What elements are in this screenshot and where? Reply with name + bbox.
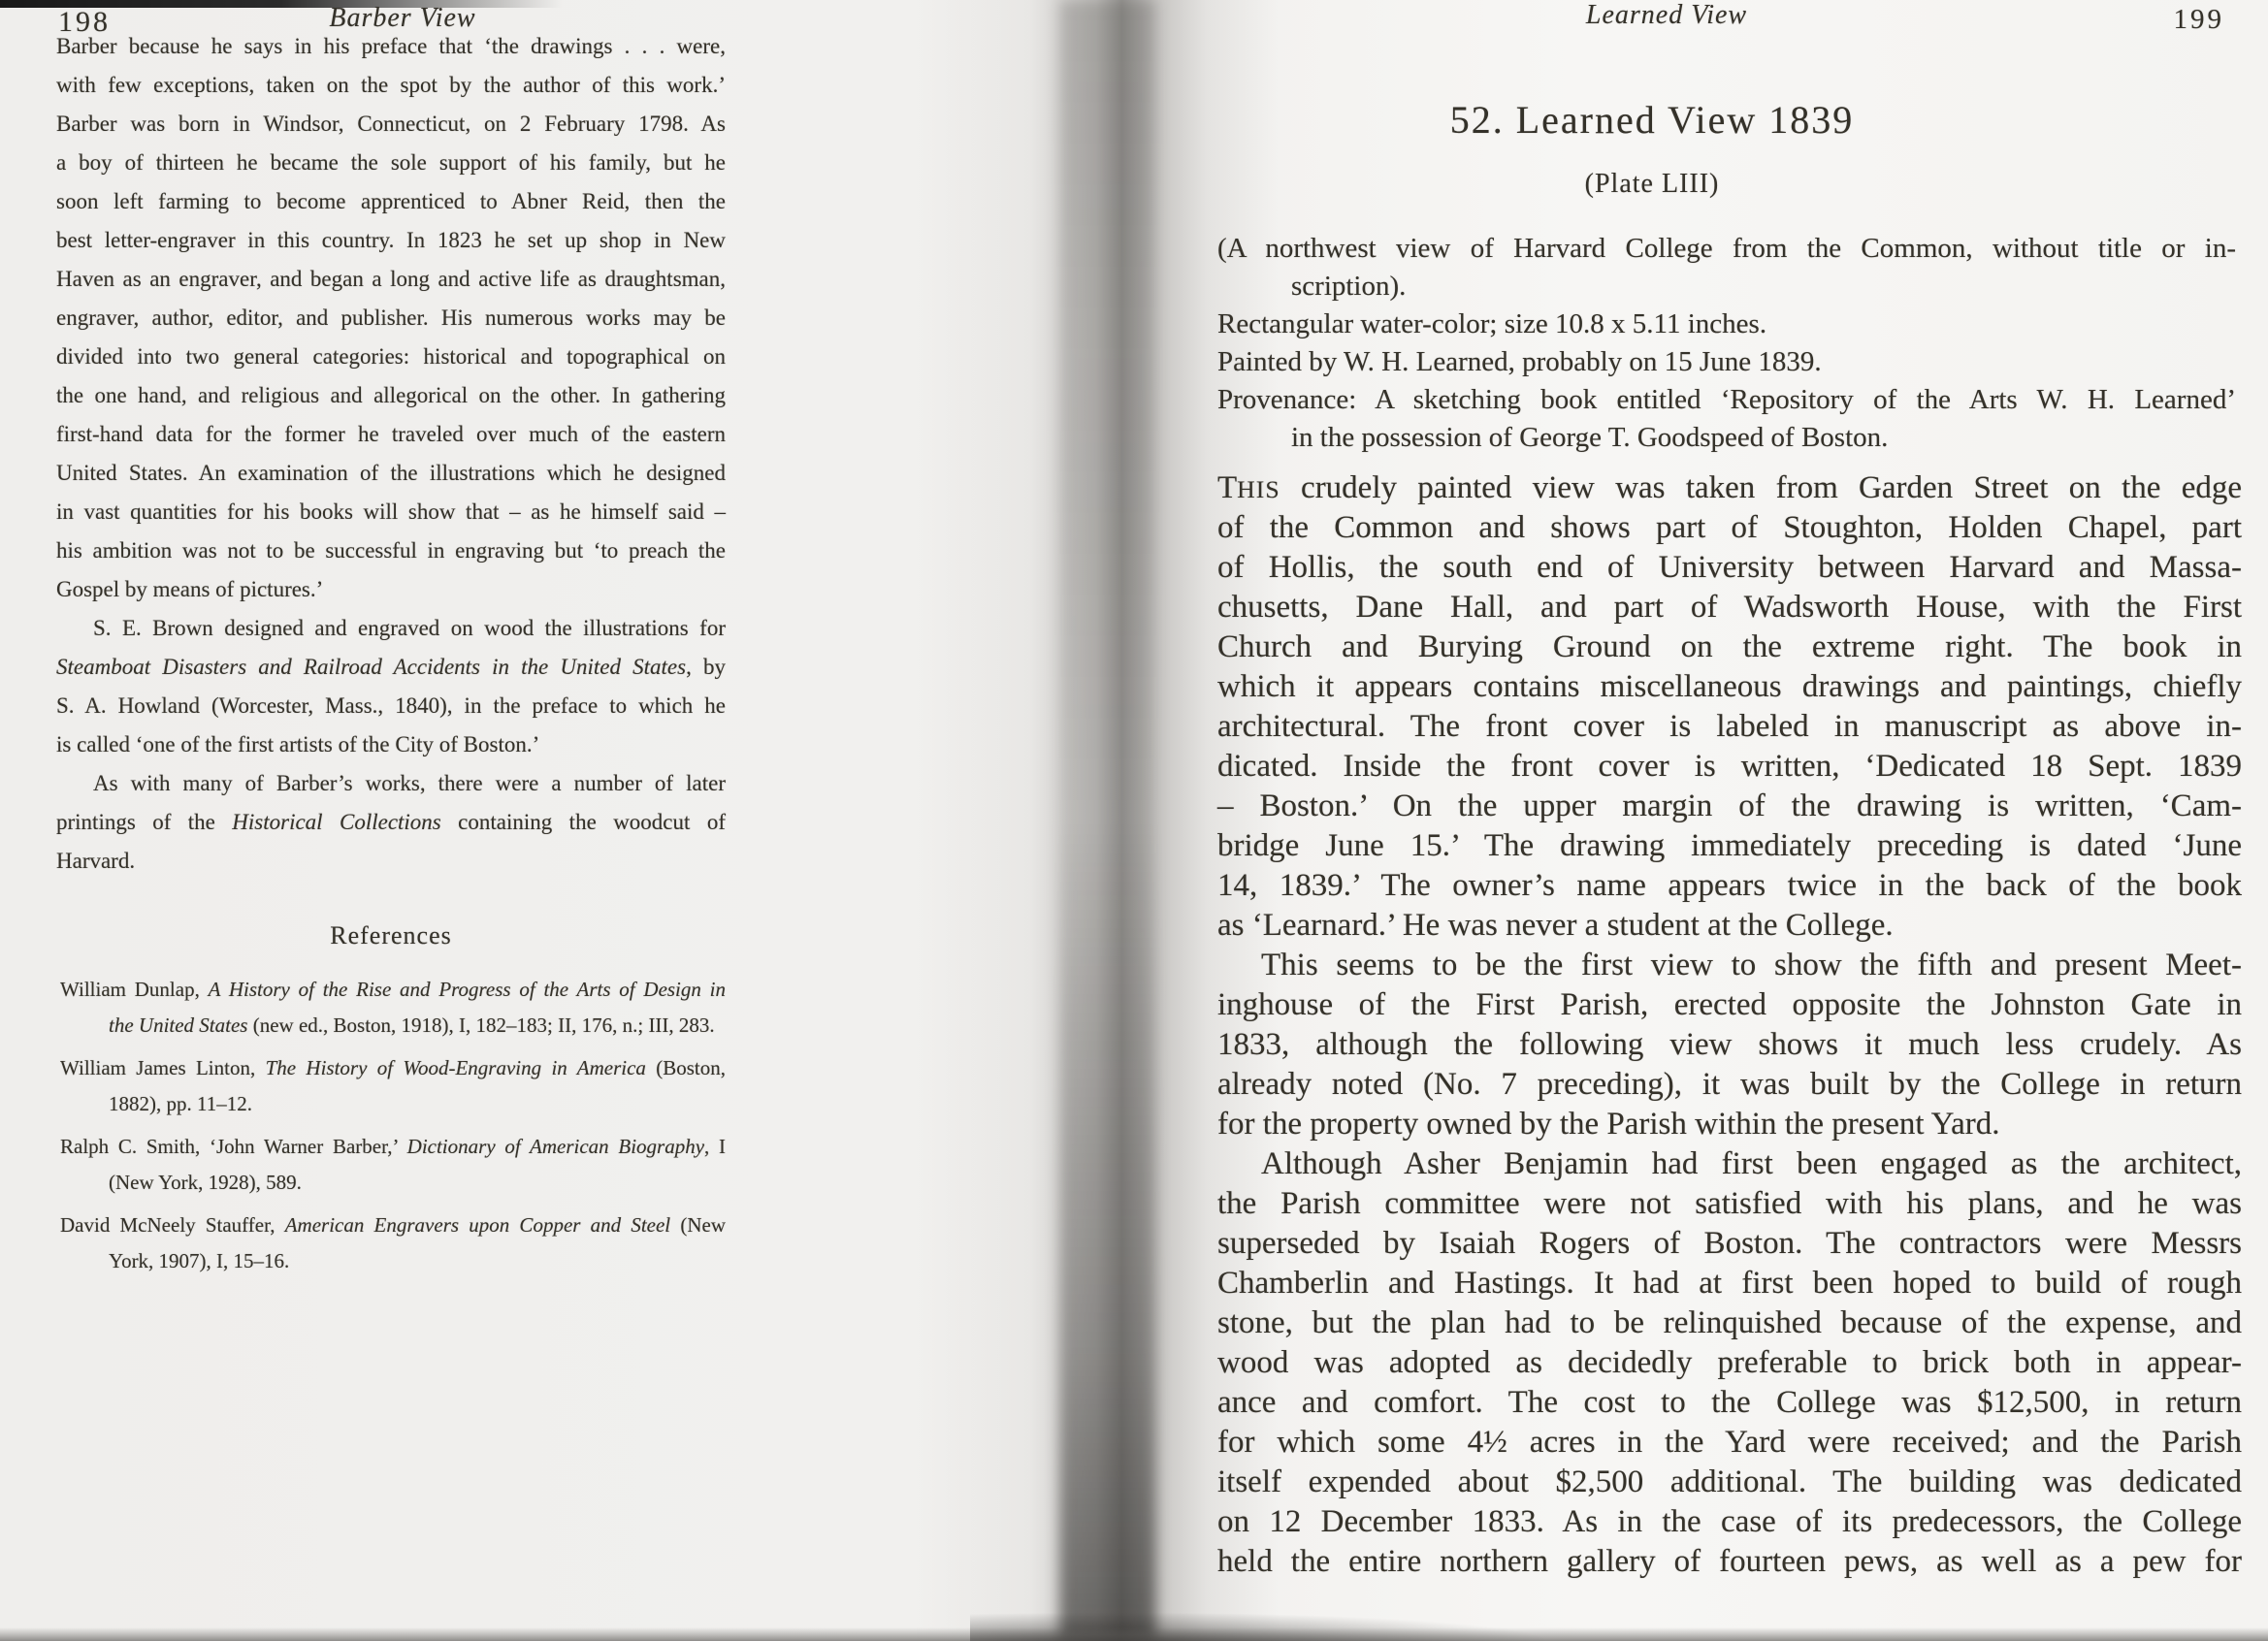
text-line: ance and comfort. The cost to the Colleg…	[1217, 1383, 2242, 1423]
text-line: with few exceptions, taken on the spot b…	[56, 66, 726, 105]
text-line: Barber was born in Windsor, Connecticut,…	[56, 105, 726, 144]
book-scan-spread: 198 Barber View Barber because he says i…	[0, 0, 2268, 1641]
text-line: This seems to be the first view to show …	[1217, 946, 2242, 985]
text-line: As with many of Barber’s works, there we…	[56, 764, 726, 803]
text-line: as ‘Learnard.’ He was never a student at…	[1217, 906, 2242, 946]
text-line: printings of the Historical Collections …	[56, 803, 726, 842]
text-line: his ambition was not to be successful in…	[56, 531, 726, 570]
text-line: engraver, author, editor, and publisher.…	[56, 299, 726, 338]
text-line: held the entire northern gallery of four…	[1217, 1542, 2242, 1582]
text-line: wood was adopted as decidedly preferable…	[1217, 1343, 2242, 1383]
reference-line: Ralph C. Smith, ‘John Warner Barber,’ Di…	[60, 1129, 726, 1165]
text-line: is called ‘one of the first artists of t…	[56, 725, 726, 764]
text-line: inghouse of the First Parish, erected op…	[1217, 985, 2242, 1025]
text-line: which it appears contains miscellaneous …	[1217, 667, 2242, 707]
running-head-right: Learned View	[1497, 0, 1836, 31]
reference-line: William James Linton, The History of Woo…	[60, 1050, 726, 1086]
text-line: superseded by Isaiah Rogers of Boston. T…	[1217, 1224, 2242, 1264]
text-line: Church and Burying Ground on the extreme…	[1217, 627, 2242, 667]
text-line: first-hand data for the former he travel…	[56, 415, 726, 454]
text-line: a boy of thirteen he became the sole sup…	[56, 144, 726, 182]
text-line: divided into two general categories: his…	[56, 338, 726, 376]
reference-line: (New York, 1928), 589.	[60, 1165, 726, 1201]
metadata-line: Rectangular water-color; size 10.8 x 5.1…	[1217, 306, 2236, 343]
references-heading: References	[56, 921, 726, 950]
reference-line: York, 1907), I, 15–16.	[60, 1243, 726, 1279]
gutter-shadow-core	[1059, 0, 1156, 1641]
text-line: Steamboat Disasters and Railroad Acciden…	[56, 648, 726, 687]
text-line: Although Asher Benjamin had first been e…	[1217, 1144, 2242, 1184]
right-body-text: THIS crudely painted view was taken from…	[1217, 468, 2242, 1582]
references-list: William Dunlap, A History of the Rise an…	[60, 972, 726, 1279]
reference-line: 1882), pp. 11–12.	[60, 1086, 726, 1122]
text-line: – Boston.’ On the upper margin of the dr…	[1217, 787, 2242, 826]
left-body-text: Barber because he says in his preface th…	[56, 27, 726, 881]
page-199: Learned View 199 52. Learned View 1839 (…	[1215, 0, 2242, 1641]
text-line: of Hollis, the south end of University b…	[1217, 548, 2242, 588]
text-line: for the property owned by the Parish wit…	[1217, 1105, 2242, 1144]
text-line: chusetts, Dane Hall, and part of Wadswor…	[1217, 588, 2242, 627]
text-line: Harvard.	[56, 842, 726, 881]
text-line: itself expended about $2,500 additional.…	[1217, 1463, 2242, 1502]
reference-line: William Dunlap, A History of the Rise an…	[60, 972, 726, 1008]
text-line: the Parish committee were not satisfied …	[1217, 1184, 2242, 1224]
text-line: on 12 December 1833. As in the case of i…	[1217, 1502, 2242, 1542]
scan-bottom-shadow	[970, 1612, 1552, 1641]
text-line: soon left farming to become apprenticed …	[56, 182, 726, 221]
text-line: of the Common and shows part of Stoughto…	[1217, 508, 2242, 548]
metadata-line: (A northwest view of Harvard College fro…	[1217, 230, 2236, 268]
metadata-line: Painted by W. H. Learned, probably on 15…	[1217, 343, 2236, 381]
text-line: Gospel by means of pictures.’	[56, 570, 726, 609]
text-line: 14, 1839.’ The owner’s name appears twic…	[1217, 866, 2242, 906]
text-line: dicated. Inside the front cover is writt…	[1217, 747, 2242, 787]
text-line: the one hand, and religious and allegori…	[56, 376, 726, 415]
text-line: best letter-engraver in this country. In…	[56, 221, 726, 260]
text-line: architectural. The front cover is labele…	[1217, 707, 2242, 747]
text-line: S. E. Brown designed and engraved on woo…	[56, 609, 726, 648]
text-line: 1833, although the following view shows …	[1217, 1025, 2242, 1065]
text-line: Barber because he says in his preface th…	[56, 27, 726, 66]
entry-title: 52. Learned View 1839	[1215, 97, 2089, 143]
metadata-line: in the possession of George T. Goodspeed…	[1217, 419, 2236, 457]
text-line: for which some 4½ acres in the Yard were…	[1217, 1423, 2242, 1463]
page-198: 198 Barber View Barber because he says i…	[0, 0, 970, 1641]
reference-line: David McNeely Stauffer, American Engrave…	[60, 1207, 726, 1243]
plate-reference: (Plate LIII)	[1215, 169, 2089, 200]
reference-line: the United States (new ed., Boston, 1918…	[60, 1008, 726, 1044]
text-line: THIS crudely painted view was taken from…	[1217, 468, 2242, 508]
text-line: already noted (No. 7 preceding), it was …	[1217, 1065, 2242, 1105]
metadata-line: Provenance: A sketching book entitled ‘R…	[1217, 381, 2236, 419]
text-line: stone, but the plan had to be relinquish…	[1217, 1303, 2242, 1343]
entry-metadata: (A northwest view of Harvard College fro…	[1217, 230, 2236, 457]
text-line: Chamberlin and Hastings. It had at first…	[1217, 1264, 2242, 1303]
metadata-line: scription).	[1217, 268, 2236, 306]
text-line: S. A. Howland (Worcester, Mass., 1840), …	[56, 687, 726, 725]
text-line: bridge June 15.’ The drawing immediately…	[1217, 826, 2242, 866]
text-line: United States. An examination of the ill…	[56, 454, 726, 493]
text-line: Haven as an engraver, and began a long a…	[56, 260, 726, 299]
page-number-right: 199	[2174, 4, 2225, 36]
text-line: in vast quantities for his books will sh…	[56, 493, 726, 531]
